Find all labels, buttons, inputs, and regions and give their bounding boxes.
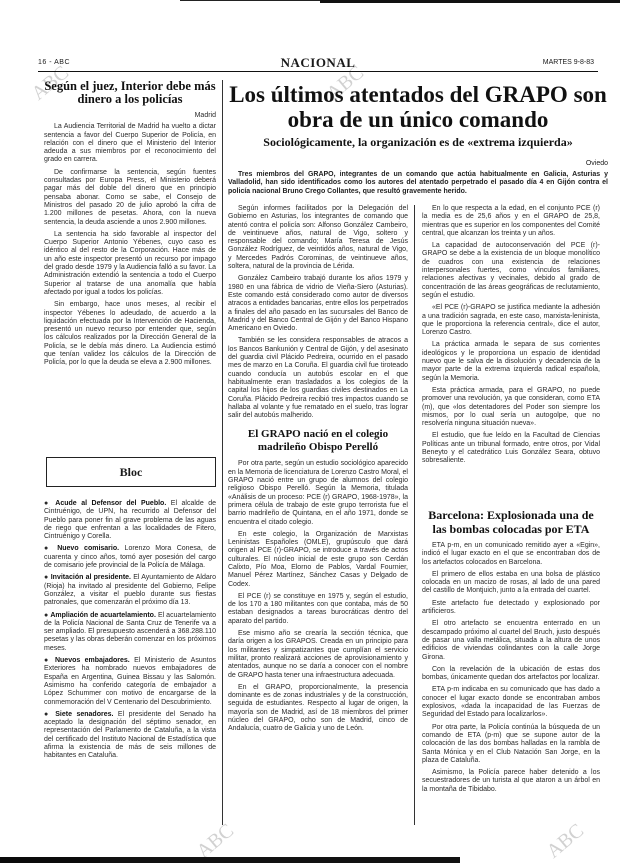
paragraph: González Cambeiro trabajó durante los añ…: [228, 275, 408, 333]
bloc-item: ● Acude al Defensor del Pueblo. El alcal…: [44, 500, 216, 541]
left-article-headline: Según el juez, Interior debe más dinero …: [44, 80, 216, 106]
bloc-item: ● Invitación al presidente. El Ayuntamie…: [44, 574, 216, 607]
subhead-colegio: El GRAPO nació en el colegio madrileño O…: [228, 428, 408, 454]
barcelona-article: Barcelona: Explosionada una de las bomba…: [422, 508, 600, 798]
main-headline: Los últimos atentados del GRAPO son obra…: [228, 82, 608, 132]
bloc-item: ● Ampliación de acuartelamiento. El acua…: [44, 612, 216, 653]
bloc-item-lead: Nuevos embajadores.: [55, 657, 130, 664]
bloc-item: ● Nuevos embajadores. El Ministerio de A…: [44, 657, 216, 707]
issue-date: MARTES 9-8-83: [543, 59, 594, 66]
abc-watermark: ABC: [542, 819, 588, 863]
barcelona-headline: Barcelona: Explosionada una de las bomba…: [422, 508, 600, 536]
main-article-col2: En lo que respecta a la edad, en el conj…: [422, 205, 600, 470]
bloc-item-lead: Nuevo comisario.: [57, 545, 119, 552]
column-divider: [222, 80, 223, 825]
paragraph: En este colegio, la Organización de Marx…: [228, 531, 408, 589]
paragraph: Ese mismo año se crearía la sección técn…: [228, 630, 408, 680]
paragraph: Con la revelación de la ubicación de est…: [422, 666, 600, 683]
paragraph: El estudio, que fue leído en la Facultad…: [422, 432, 600, 465]
top-border: [180, 0, 620, 3]
column-divider: [414, 205, 415, 825]
paragraph: Asimismo, la Policía parece haber deteni…: [422, 769, 600, 794]
main-dateline: Oviedo: [228, 160, 608, 167]
main-subheadline: Sociológicamente, la organización es de …: [228, 135, 608, 149]
main-lead: Tres miembros del GRAPO, integrantes de …: [228, 171, 608, 196]
paragraph: Por otra parte, según un estudio socioló…: [228, 460, 408, 526]
paragraph: «El PCE (r)-GRAPO se justifica mediante …: [422, 304, 600, 337]
bloc-list: ● Acude al Defensor del Pueblo. El alcal…: [44, 500, 216, 765]
bloc-item-lead: Acude al Defensor del Pueblo.: [55, 500, 166, 507]
paragraph: También se les considera responsables de…: [228, 337, 408, 420]
main-article-col1: Según informes facilitados por la Delega…: [228, 205, 408, 738]
paragraph: El primero de ellos estaba en una bolsa …: [422, 571, 600, 596]
page-header: 16 - ABC NACIONAL MARTES 9-8-83: [38, 55, 598, 72]
paragraph: La capacidad de autoconservación del PCE…: [422, 242, 600, 300]
bloc-item-text: El presidente del Senado ha aceptado la …: [44, 711, 216, 759]
left-article: Según el juez, Interior debe más dinero …: [44, 80, 216, 372]
paragraph: De confirmarse la sentencia, según fuent…: [44, 169, 216, 227]
bloc-item-lead: Siete senadores.: [55, 711, 113, 718]
paragraph: La sentencia ha sido favorable al inspec…: [44, 231, 216, 297]
lead-paragraph: Tres miembros del GRAPO, integrantes de …: [228, 171, 608, 196]
paragraph: Este artefacto fue detectado y explosion…: [422, 600, 600, 617]
bloc-item-lead: Invitación al presidente.: [51, 574, 131, 581]
bloc-item: ● Nuevo comisario. Lorenzo Mora Conesa, …: [44, 545, 216, 570]
paragraph: Por otra parte, la Policía continúa la b…: [422, 724, 600, 765]
paragraph: En el GRAPO, proporcionalmente, la prese…: [228, 684, 408, 734]
paragraph: La Audiencia Territorial de Madrid ha vu…: [44, 123, 216, 164]
bloc-item-lead: Ampliación de acuartelamiento.: [50, 612, 156, 619]
paragraph: ETA p-m indicaba en su comunicado que ha…: [422, 686, 600, 719]
bloc-title: Bloc: [120, 465, 143, 480]
paragraph: Sin embargo, hace unos meses, al recibir…: [44, 301, 216, 367]
paragraph: Esta práctica armada, para el GRAPO, no …: [422, 387, 600, 428]
bloc-item-text: El Ministerio de Asuntos Exteriores ha n…: [44, 657, 216, 705]
paragraph: El otro artefacto se encuentra enterrado…: [422, 620, 600, 661]
bloc-item: ● Siete senadores. El presidente del Sen…: [44, 711, 216, 761]
left-article-dateline: Madrid: [44, 112, 216, 120]
bottom-border: [0, 857, 460, 863]
paragraph: Según informes facilitados por la Delega…: [228, 205, 408, 271]
paragraph: ETA p-m, en un comunicado remitido ayer …: [422, 542, 600, 567]
paragraph: En lo que respecta a la edad, en el conj…: [422, 205, 600, 238]
section-title: NACIONAL: [38, 55, 598, 71]
paragraph: La práctica armada le separa de sus corr…: [422, 341, 600, 382]
paragraph: El PCE (r) se constituye en 1975 y, segú…: [228, 593, 408, 626]
bloc-box: Bloc: [46, 457, 216, 487]
main-article-header: Los últimos atentados del GRAPO son obra…: [228, 82, 608, 149]
